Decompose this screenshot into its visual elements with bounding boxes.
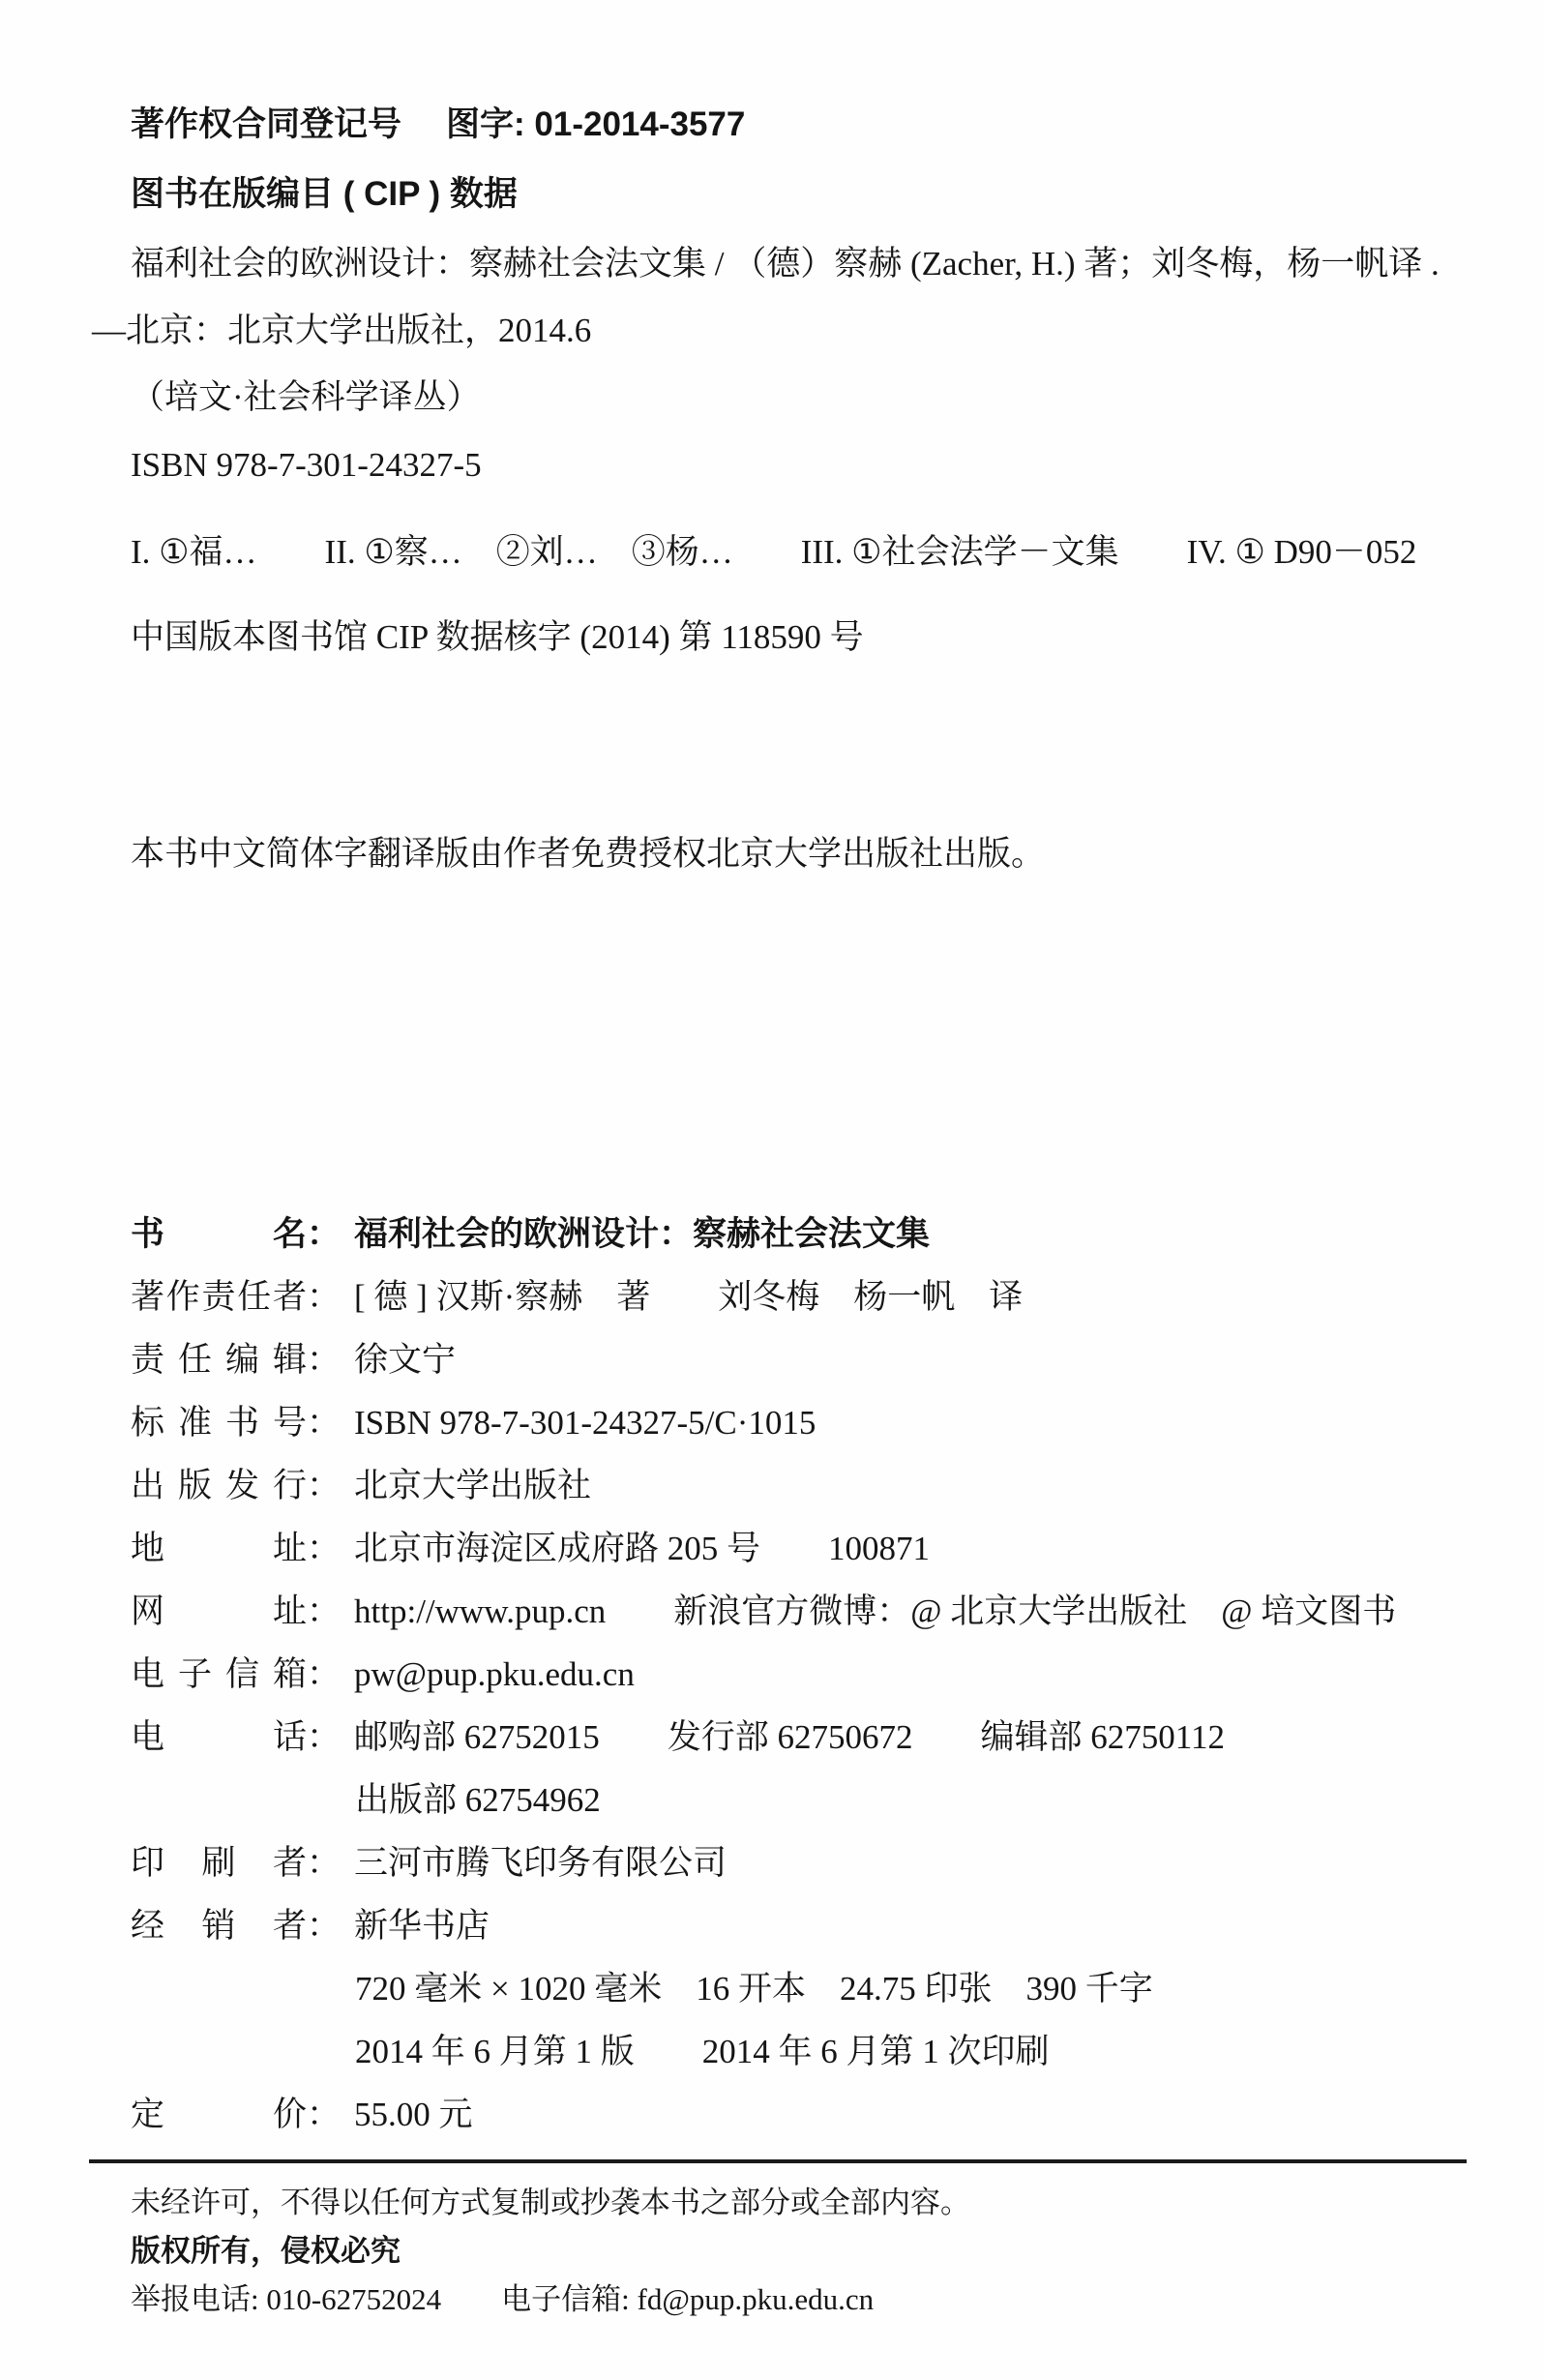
colophon-row-publisher: 出版发行：北京大学出版社 xyxy=(131,1454,1496,1517)
colophon-row-price: 定价：55.00 元 xyxy=(131,2083,1496,2146)
row-label: 定价 xyxy=(131,2083,307,2146)
no-copy-notice: 未经许可，不得以任何方式复制或抄袭本书之部分或全部内容。 xyxy=(131,2185,1496,2220)
cip-record-line: 中国版本图书馆 CIP 数据核字 (2014) 第 118590 号 xyxy=(131,617,1496,658)
row-colon: ： xyxy=(307,1391,341,1454)
classification-line: I. ①福… II. ①察… ②刘… ③杨… III. ①社会法学－文集 IV.… xyxy=(131,532,1496,573)
row-label: 电子信箱 xyxy=(131,1643,307,1706)
address: 北京市海淀区成府路 205 号 100871 xyxy=(354,1517,930,1580)
copyright-notice: 版权所有，侵权必究 xyxy=(131,2233,1496,2269)
colophon-row-authors: 著作责任者：[ 德 ] 汉斯·察赫 著 刘冬梅 杨一帆 译 xyxy=(131,1265,1496,1328)
colophon-row-email: 电子信箱：pw@pup.pku.edu.cn xyxy=(131,1643,1496,1706)
format-specs: 720 毫米 × 1020 毫米 16 开本 24.75 印张 390 千字 xyxy=(355,1957,1153,2020)
colophon-row-editor: 责任编辑：徐文宁 xyxy=(131,1328,1496,1391)
row-label: 电话 xyxy=(131,1706,307,1769)
row-label: 经销者 xyxy=(131,1894,307,1957)
cip-header: 图书在版编目 ( CIP ) 数据 xyxy=(131,174,1496,215)
row-label: 出版发行 xyxy=(131,1454,307,1517)
distributor: 新华书店 xyxy=(354,1894,490,1957)
row-label: 地址 xyxy=(131,1517,307,1580)
row-colon: ： xyxy=(307,1831,341,1894)
row-colon: ： xyxy=(307,2083,341,2146)
colophon-row-edition: 2014 年 6 月第 1 版 2014 年 6 月第 1 次印刷 xyxy=(131,2020,1496,2083)
row-colon: ： xyxy=(307,1706,341,1769)
authors: [ 德 ] 汉斯·察赫 著 刘冬梅 杨一帆 译 xyxy=(354,1265,1023,1328)
phone-numbers: 邮购部 62752015 发行部 62750672 编辑部 62750112 xyxy=(354,1706,1225,1769)
email: pw@pup.pku.edu.cn xyxy=(354,1643,635,1706)
registration-label: 著作权合同登记号 xyxy=(131,105,401,143)
phone-numbers-cont: 出版部 62754962 xyxy=(355,1769,601,1831)
row-colon: ： xyxy=(307,1203,341,1265)
row-colon: ： xyxy=(307,1454,341,1517)
row-label: 印刷者 xyxy=(131,1831,307,1894)
series-note: （培文·社会科学译丛） xyxy=(131,377,1496,418)
colophon-row-distributor: 经销者：新华书店 xyxy=(131,1894,1496,1957)
isbn-line: ISBN 978-7-301-24327-5 xyxy=(131,445,1496,486)
footer-divider xyxy=(89,2159,1467,2163)
report-contact-line: 举报电话: 010-62752024 电子信箱: fd@pup.pku.edu.… xyxy=(131,2281,1496,2317)
authorization-note: 本书中文简体字翻译版由作者免费授权北京大学出版社出版。 xyxy=(131,834,1496,875)
publisher: 北京大学出版社 xyxy=(354,1454,591,1517)
colophon-row-printer: 印刷者：三河市腾飞印务有限公司 xyxy=(131,1831,1496,1894)
book-title: 福利社会的欧洲设计：察赫社会法文集 xyxy=(354,1203,930,1265)
printer: 三河市腾飞印务有限公司 xyxy=(354,1831,727,1894)
colophon-list: 书名：福利社会的欧洲设计：察赫社会法文集 著作责任者：[ 德 ] 汉斯·察赫 著… xyxy=(131,1203,1496,2146)
colophon-row-website: 网址：http://www.pup.cn 新浪官方微博：@ 北京大学出版社 @ … xyxy=(131,1580,1496,1643)
row-colon: ： xyxy=(307,1328,341,1391)
cip-entry-line2: —北京：北京大学出版社，2014.6 xyxy=(92,311,1496,351)
colophon-row-title: 书名：福利社会的欧洲设计：察赫社会法文集 xyxy=(131,1203,1496,1265)
row-colon: ： xyxy=(307,1517,341,1580)
row-label: 责任编辑 xyxy=(131,1328,307,1391)
registration-number: 图字: 01-2014-3577 xyxy=(446,105,745,143)
row-label: 标准书号 xyxy=(131,1391,307,1454)
row-label: 著作责任者 xyxy=(131,1265,307,1328)
row-label: 网址 xyxy=(131,1580,307,1643)
row-label: 书名 xyxy=(131,1203,307,1265)
colophon-row-address: 地址：北京市海淀区成府路 205 号 100871 xyxy=(131,1517,1496,1580)
editor: 徐文宁 xyxy=(354,1328,456,1391)
row-colon: ： xyxy=(307,1580,341,1643)
standard-book-number: ISBN 978-7-301-24327-5/C·1015 xyxy=(354,1391,816,1454)
edition-printing: 2014 年 6 月第 1 版 2014 年 6 月第 1 次印刷 xyxy=(355,2020,1050,2083)
cip-entry-line1: 福利社会的欧洲设计：察赫社会法文集 / （德）察赫 (Zacher, H.) 著… xyxy=(131,244,1496,284)
registration-line: 著作权合同登记号图字: 01-2014-3577 xyxy=(131,104,1496,145)
website: http://www.pup.cn 新浪官方微博：@ 北京大学出版社 @ 培文图… xyxy=(354,1580,1396,1643)
price: 55.00 元 xyxy=(354,2083,473,2146)
row-colon: ： xyxy=(307,1265,341,1328)
row-colon: ： xyxy=(307,1894,341,1957)
row-colon: ： xyxy=(307,1643,341,1706)
copyright-page: 著作权合同登记号图字: 01-2014-3577 图书在版编目 ( CIP ) … xyxy=(0,0,1544,2380)
colophon-row-format: 720 毫米 × 1020 毫米 16 开本 24.75 印张 390 千字 xyxy=(131,1957,1496,2020)
colophon-row-phone-cont: 出版部 62754962 xyxy=(131,1769,1496,1831)
colophon-row-phone: 电话：邮购部 62752015 发行部 62750672 编辑部 6275011… xyxy=(131,1706,1496,1769)
colophon-row-isbn: 标准书号：ISBN 978-7-301-24327-5/C·1015 xyxy=(131,1391,1496,1454)
